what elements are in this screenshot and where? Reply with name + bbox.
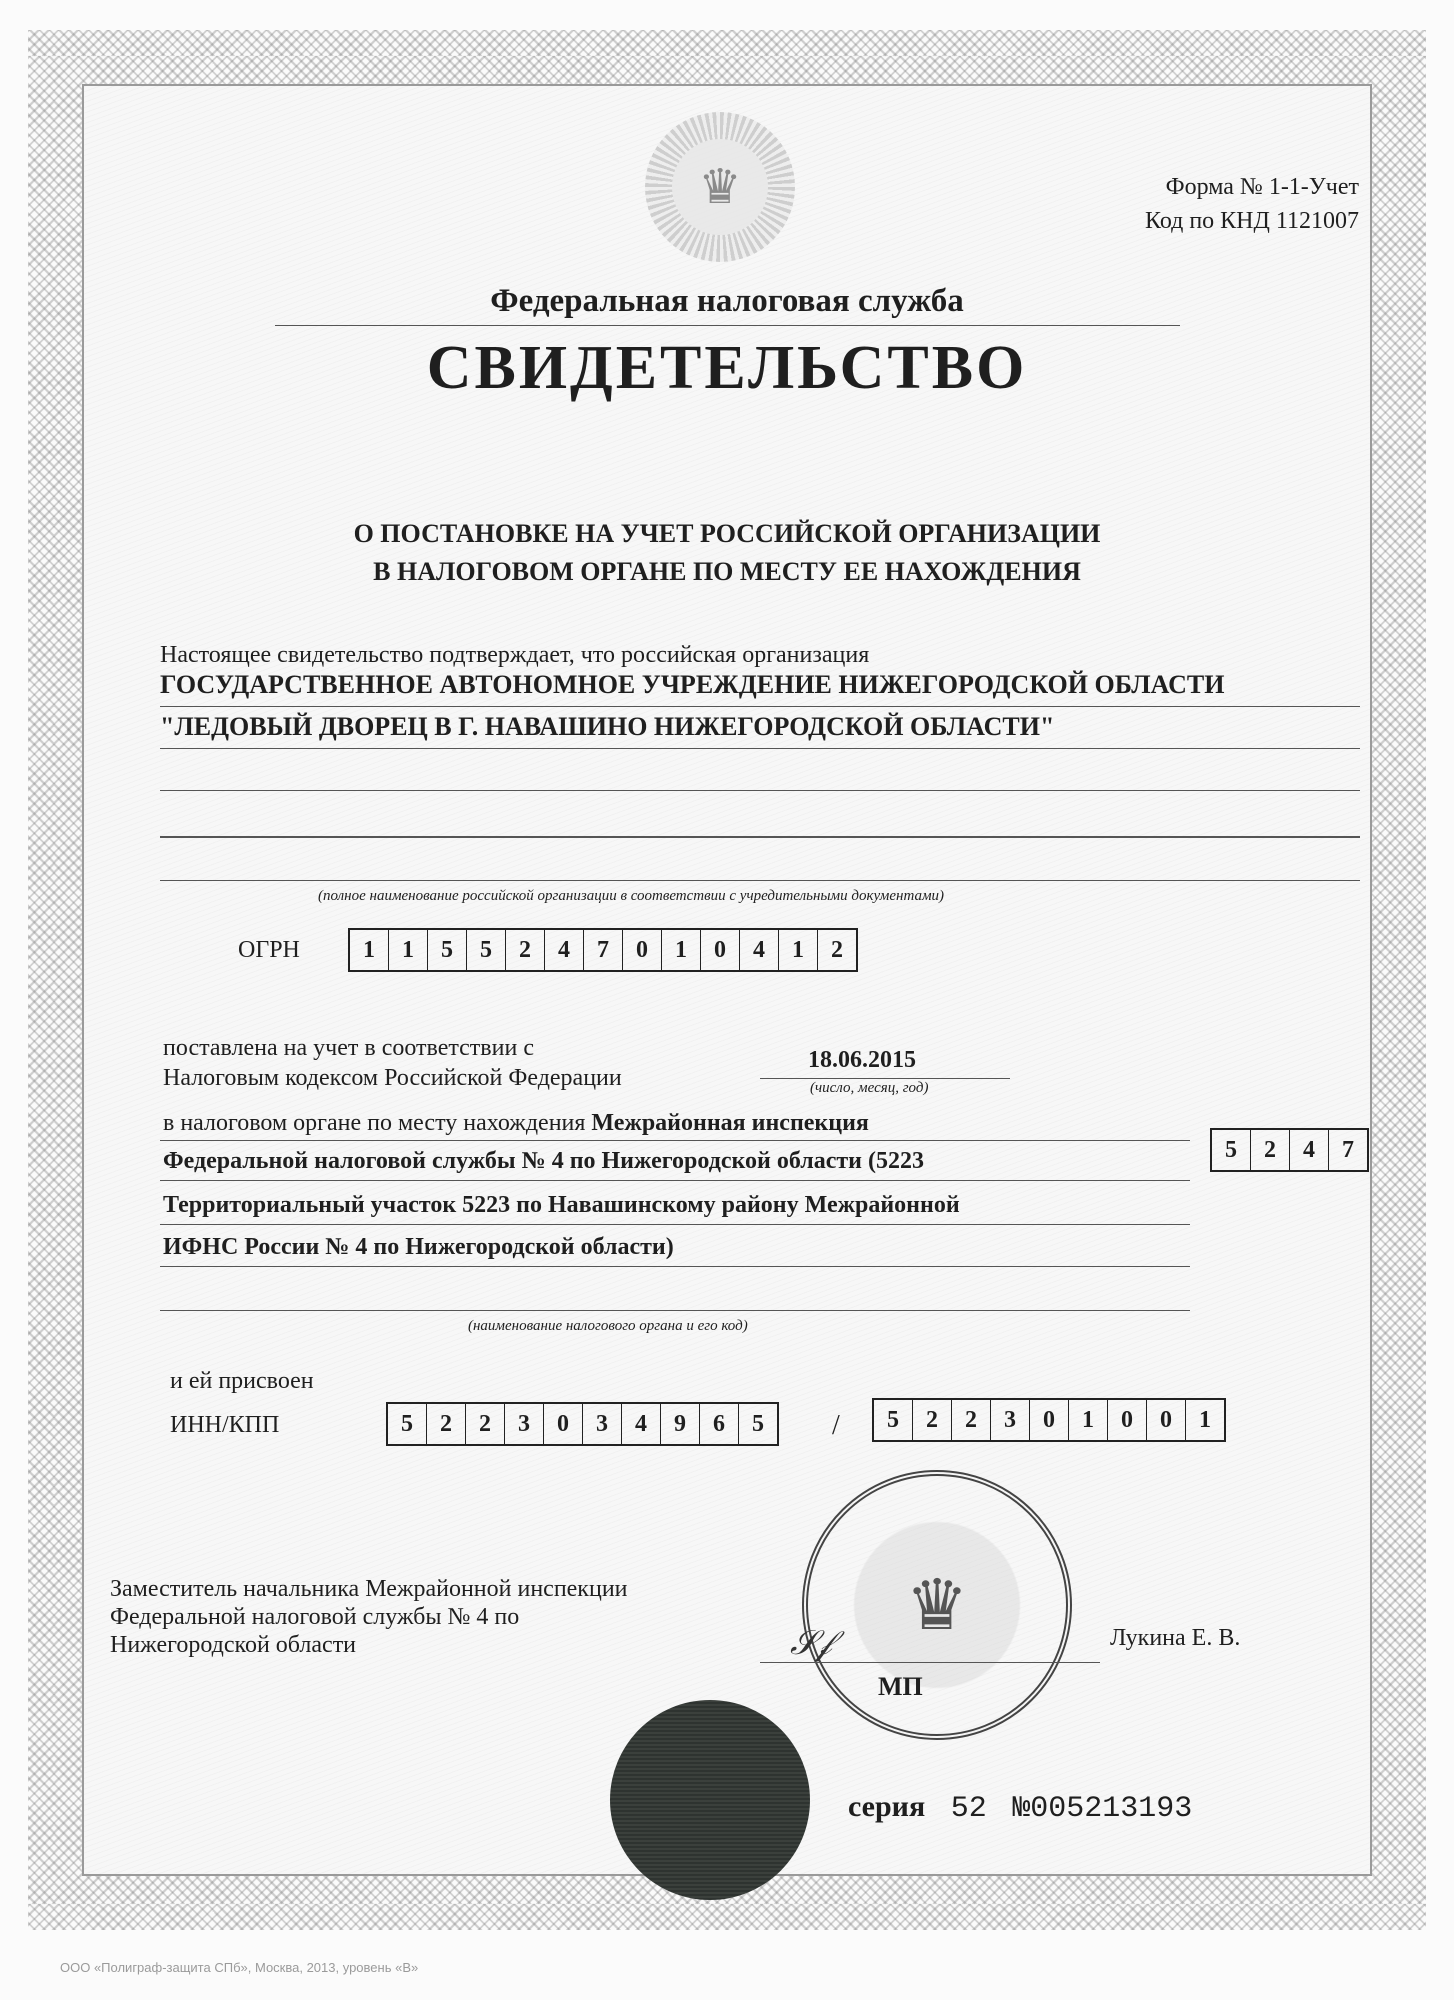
digit-cell: 0 <box>1108 1400 1147 1440</box>
underline <box>760 1078 1010 1079</box>
digit-cell: 2 <box>818 930 856 970</box>
series-label: серия <box>848 1790 925 1823</box>
subtitle-line-1: О ПОСТАНОВКЕ НА УЧЕТ РОССИЙСКОЙ ОРГАНИЗА… <box>0 515 1454 553</box>
printer-info: ООО «Полиграф-защита СПб», Москва, 2013,… <box>60 1960 418 1975</box>
seal-label: МП <box>878 1672 923 1702</box>
digit-cell: 0 <box>544 1404 583 1444</box>
signature-scribble-icon: 𝒮𝒻 <box>790 1625 831 1663</box>
digit-cell: 3 <box>583 1404 622 1444</box>
digit-cell: 3 <box>505 1404 544 1444</box>
underline <box>160 790 1360 791</box>
digit-cell: 6 <box>700 1404 739 1444</box>
digit-cell: 4 <box>622 1404 661 1444</box>
digit-cell: 2 <box>913 1400 952 1440</box>
digit-cell: 4 <box>740 930 779 970</box>
digit-cell: 7 <box>584 930 623 970</box>
digit-cell: 1 <box>1186 1400 1224 1440</box>
ogrn-label: ОГРН <box>238 937 300 964</box>
organization-caption: (полное наименование российской организа… <box>318 888 944 905</box>
digit-cell: 3 <box>991 1400 1030 1440</box>
organization-intro: Настоящее свидетельство подтверждает, чт… <box>160 642 869 669</box>
certificate-number: №005213193 <box>1012 1792 1192 1826</box>
kpp-value: 522301001 <box>872 1398 1226 1442</box>
form-info: Форма № 1-1-Учет Код по КНД 1121007 <box>1145 170 1359 238</box>
double-headed-eagle-icon: ♛ <box>906 1564 969 1647</box>
tax-authority-name-line-4: ИФНС России № 4 по Нижегородской области… <box>163 1234 674 1261</box>
subtitle-line-2: В НАЛОГОВОМ ОРГАНЕ ПО МЕСТУ ЕЕ НАХОЖДЕНИ… <box>0 553 1454 591</box>
inn-kpp-label: ИНН/КПП <box>170 1412 279 1439</box>
digit-cell: 2 <box>427 1404 466 1444</box>
digit-cell: 5 <box>1212 1130 1251 1170</box>
underline <box>160 880 1360 881</box>
assigned-label: и ей присвоен <box>170 1368 314 1395</box>
organization-name-line-1: ГОСУДАРСТВЕННОЕ АВТОНОМНОЕ УЧРЕЖДЕНИЕ НИ… <box>160 670 1224 700</box>
inn-value: 5223034965 <box>386 1402 779 1446</box>
double-headed-eagle-icon: ♛ <box>698 159 741 215</box>
inn-kpp-separator: / <box>832 1410 840 1442</box>
underline <box>160 1266 1190 1267</box>
series-number: серия 52 №005213193 <box>848 1790 1192 1826</box>
ogrn-value: 1155247010412 <box>348 928 858 972</box>
digit-cell: 1 <box>1069 1400 1108 1440</box>
tax-authority-caption: (наименование налогового органа и его ко… <box>468 1318 748 1335</box>
digit-cell: 5 <box>467 930 506 970</box>
underline <box>160 1224 1190 1225</box>
document-subtitle: О ПОСТАНОВКЕ НА УЧЕТ РОССИЙСКОЙ ОРГАНИЗА… <box>0 515 1454 591</box>
organization-name-line-2: "ЛЕДОВЫЙ ДВОРЕЦ В Г. НАВАШИНО НИЖЕГОРОДС… <box>160 712 1054 742</box>
tax-authority-code: 5247 <box>1210 1128 1369 1172</box>
digit-cell: 0 <box>623 930 662 970</box>
tax-authority-name-line-2: Федеральной налоговой службы № 4 по Ниже… <box>163 1148 924 1175</box>
signatory-position: Заместитель начальника Межрайонной инспе… <box>110 1575 628 1659</box>
hologram <box>610 1700 810 1900</box>
digit-cell: 1 <box>779 930 818 970</box>
date-caption: (число, месяц, год) <box>810 1080 928 1097</box>
certificate-page: ♛ Форма № 1-1-Учет Код по КНД 1121007 Фе… <box>0 0 1454 2000</box>
official-stamp: ♛ <box>802 1470 1072 1740</box>
tax-authority-intro-text: в налоговом органе по месту нахождения <box>163 1110 585 1136</box>
position-line-1: Заместитель начальника Межрайонной инспе… <box>110 1575 628 1603</box>
digit-cell: 5 <box>874 1400 913 1440</box>
knd-code: Код по КНД 1121007 <box>1145 204 1359 238</box>
digit-cell: 7 <box>1329 1130 1367 1170</box>
digit-cell: 4 <box>1290 1130 1329 1170</box>
digit-cell: 1 <box>662 930 701 970</box>
underline <box>160 836 1360 838</box>
emblem-seal: ♛ <box>645 112 795 262</box>
digit-cell: 0 <box>701 930 740 970</box>
form-number: Форма № 1-1-Учет <box>1145 170 1359 204</box>
digit-cell: 9 <box>661 1404 700 1444</box>
tax-authority-intro: в налоговом органе по месту нахождения М… <box>163 1110 869 1137</box>
digit-cell: 5 <box>428 930 467 970</box>
digit-cell: 1 <box>350 930 389 970</box>
underline <box>160 1140 1190 1141</box>
registration-line-1: поставлена на учет в соответствии с <box>163 1035 534 1062</box>
digit-cell: 4 <box>545 930 584 970</box>
digit-cell: 0 <box>1147 1400 1186 1440</box>
signatory-name: Лукина Е. В. <box>1110 1625 1240 1652</box>
divider <box>275 325 1180 326</box>
registration-line-2: Налоговым кодексом Российской Федерации <box>163 1065 622 1092</box>
underline <box>160 706 1360 707</box>
registration-date: 18.06.2015 <box>808 1047 916 1074</box>
underline <box>160 1310 1190 1311</box>
underline <box>160 1180 1190 1181</box>
tax-authority-name-part-1: Межрайонная инспекция <box>591 1110 868 1136</box>
digit-cell: 1 <box>389 930 428 970</box>
underline <box>160 748 1360 749</box>
document-title: СВИДЕТЕЛЬСТВО <box>0 333 1454 404</box>
digit-cell: 2 <box>506 930 545 970</box>
series-value: 52 <box>951 1792 987 1826</box>
digit-cell: 2 <box>952 1400 991 1440</box>
digit-cell: 5 <box>739 1404 777 1444</box>
digit-cell: 2 <box>466 1404 505 1444</box>
tax-authority-name-line-3: Территориальный участок 5223 по Навашинс… <box>163 1192 960 1219</box>
position-line-3: Нижегородской области <box>110 1631 628 1659</box>
agency-name: Федеральная налоговая служба <box>0 283 1454 320</box>
digit-cell: 0 <box>1030 1400 1069 1440</box>
digit-cell: 2 <box>1251 1130 1290 1170</box>
position-line-2: Федеральной налоговой службы № 4 по <box>110 1603 628 1631</box>
digit-cell: 5 <box>388 1404 427 1444</box>
